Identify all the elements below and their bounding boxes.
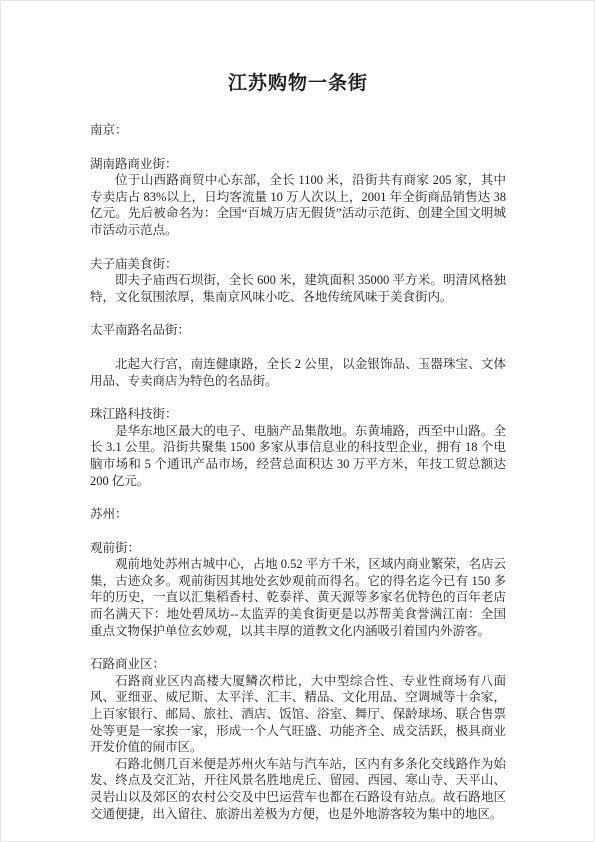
section-heading: 南京： <box>90 122 506 139</box>
section-heading: 观前街： <box>90 540 506 557</box>
section-hunan-road: 湖南路商业街： 位于山西路商贸中心东部，全长 1100 米，沿街共有商家 205… <box>90 156 506 239</box>
document-page: 江苏购物一条街 南京： 湖南路商业街： 位于山西路商贸中心东部，全长 1100 … <box>0 0 595 842</box>
section-suzhou: 苏州： <box>90 506 506 523</box>
section-paragraph: 观前地处苏州古城中心，占地 0.52 平方千米，区域内商业繁荣，名店云集，古迹众… <box>90 556 506 639</box>
section-paragraph: 是华东地区最大的电子、电脑产品集散地。东黄埔路，西至中山路。全长 3.1 公里。… <box>90 423 506 489</box>
document-title: 江苏购物一条街 <box>90 71 506 97</box>
section-guanqian-street: 观前街： 观前地处苏州古城中心，占地 0.52 平方千米，区域内商业繁荣，名店云… <box>90 540 506 640</box>
section-heading: 夫子庙美食街： <box>90 256 506 273</box>
section-heading: 石路商业区： <box>90 656 506 673</box>
section-heading: 太平南路名品街： <box>90 322 506 339</box>
section-zhujiang-road: 珠江路科技街： 是华东地区最大的电子、电脑产品集散地。东黄埔路，西至中山路。全长… <box>90 406 506 489</box>
section-fuzimiao: 夫子庙美食街： 即夫子庙西石坝街，全长 600 米，建筑面积 35000 平方米… <box>90 256 506 306</box>
section-heading: 苏州： <box>90 506 506 523</box>
section-paragraph: 位于山西路商贸中心东部，全长 1100 米，沿街共有商家 205 家，其中专卖店… <box>90 172 506 238</box>
section-paragraph: 北起大行宫，南连健康路，全长 2 公里，以金银饰品、玉器珠宝、文体用品、专卖商店… <box>90 356 506 389</box>
section-paragraph: 石路商业区内高楼大厦鳞次栉比，大中型综合性、专业性商场有八面风、亚细亚、威尼斯、… <box>90 673 506 756</box>
section-shilu-district: 石路商业区： 石路商业区内高楼大厦鳞次栉比，大中型综合性、专业性商场有八面风、亚… <box>90 656 506 822</box>
section-heading: 珠江路科技街： <box>90 406 506 423</box>
section-paragraph: 即夫子庙西石坝街，全长 600 米，建筑面积 35000 平方米。明清风格独特，… <box>90 272 506 305</box>
section-paragraph: 石路北侧几百米便是苏州火车站与汽车站，区内有多条化交线路作为始发、终点及交汇站，… <box>90 756 506 822</box>
section-taiping-south-road: 太平南路名品街： 北起大行宫，南连健康路，全长 2 公里，以金银饰品、玉器珠宝、… <box>90 322 506 389</box>
section-heading: 湖南路商业街： <box>90 156 506 173</box>
section-nanjing: 南京： <box>90 122 506 139</box>
